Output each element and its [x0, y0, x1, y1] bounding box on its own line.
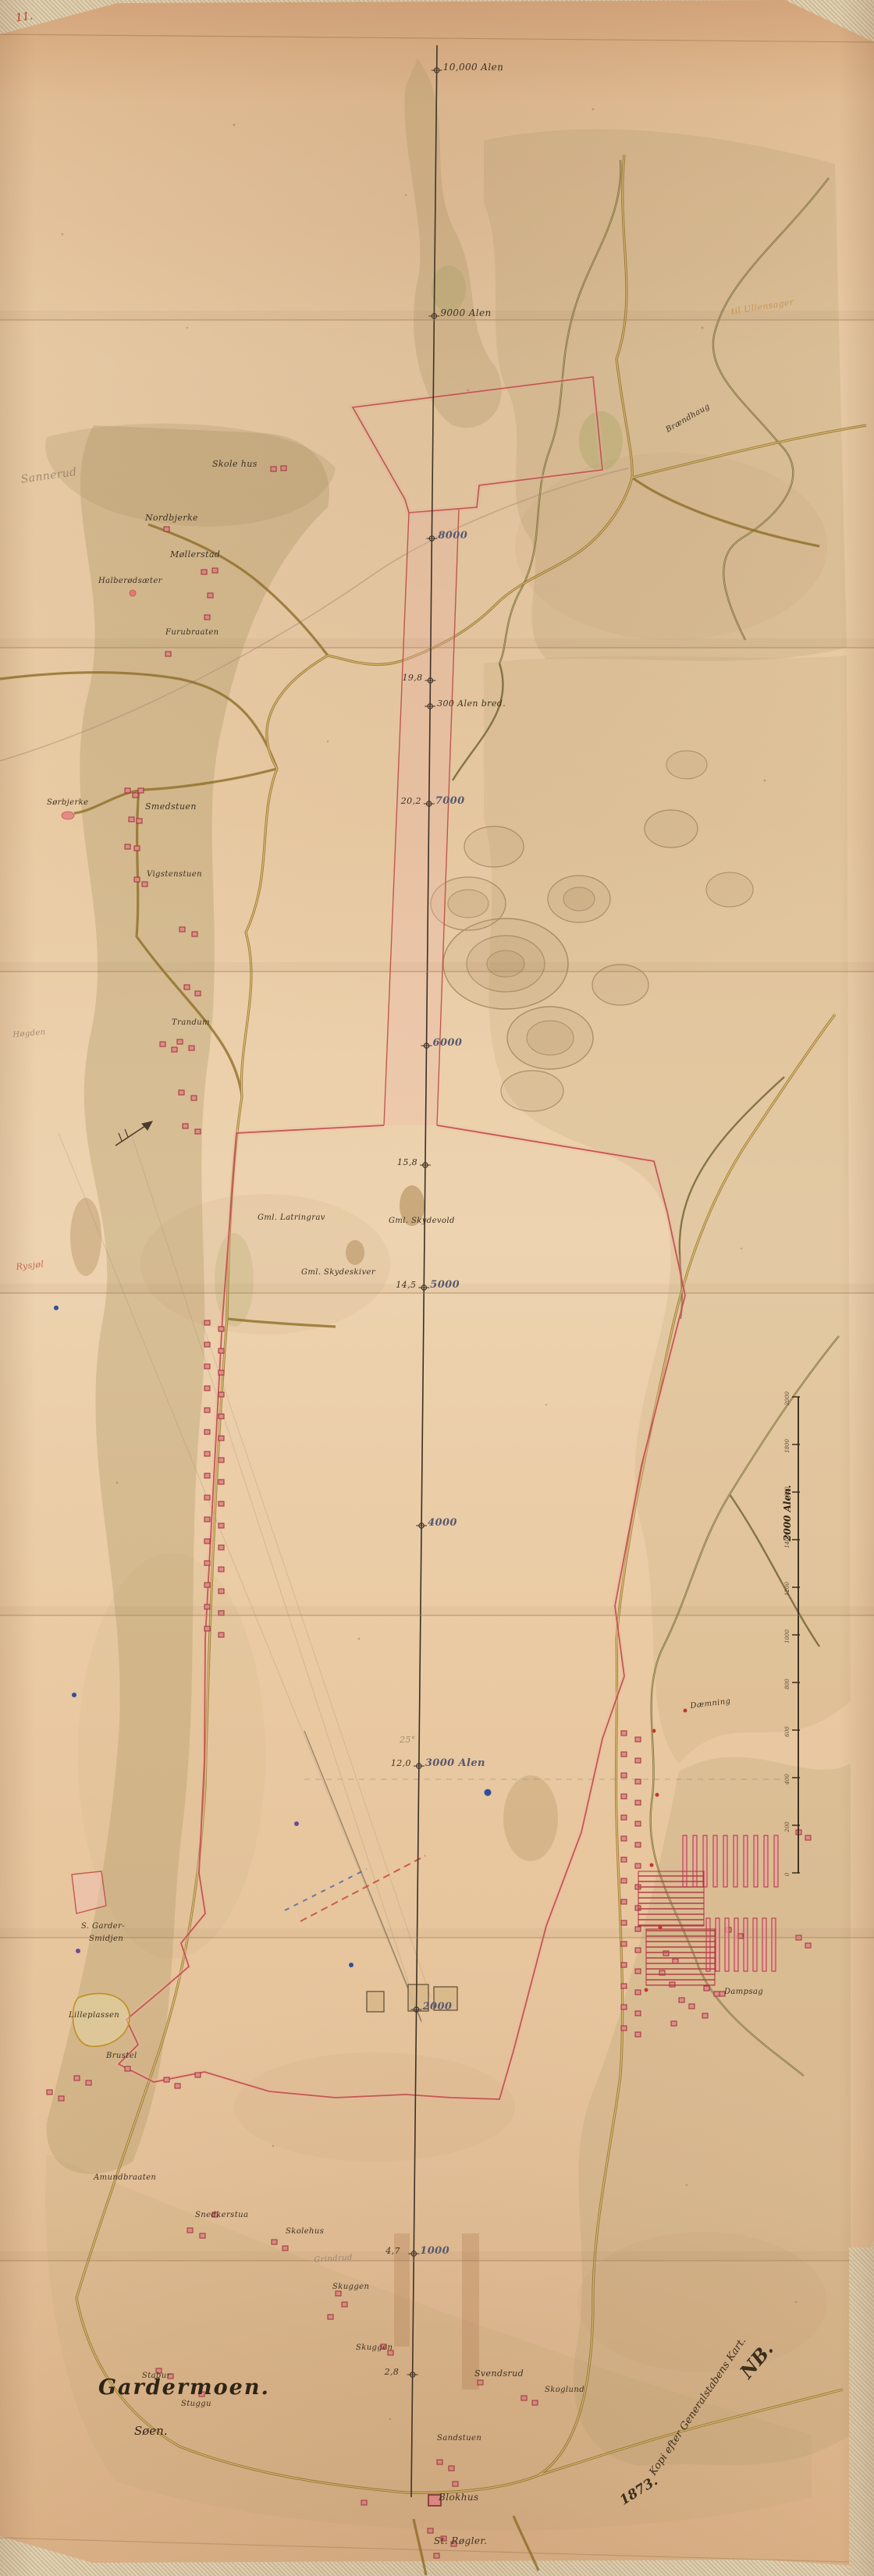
scale-tick-label: 1800 [784, 1439, 791, 1453]
map-title: Gardermoen. [98, 2375, 270, 2400]
meridian-elevation: 19,8 [402, 673, 422, 682]
place-label: Halberødsæter [98, 577, 162, 585]
place-label: Amundbraaten [94, 2174, 156, 2182]
map-subtitle: Søen. [134, 2424, 168, 2438]
place-label: Stuggu [181, 2400, 211, 2408]
meridian-distance: 9000 Alen [440, 308, 491, 318]
meridian-distance: 10,000 Alen [443, 62, 504, 72]
place-label: Gml. Skydeskiver [301, 1269, 375, 1277]
meridian-distance: 1000 [420, 2246, 449, 2256]
place-label: Sørbjerke [47, 799, 88, 807]
place-label: Sandstuen [437, 2435, 481, 2443]
scale-tick-label: 1000 [784, 1629, 791, 1643]
place-label: Gml. Skydevold [389, 1217, 455, 1225]
place-label: Skuggen [356, 2344, 393, 2352]
scale-tick-label: 600 [784, 1726, 791, 1737]
scale-tick-label: 0 [784, 1872, 791, 1876]
meridian-distance: 4000 [428, 1518, 457, 1528]
place-label: Skolehus [286, 2228, 324, 2236]
meridian-distance: 3000 Alen [425, 1758, 485, 1768]
meridian-elevation: 14,5 [396, 1281, 416, 1289]
page-number-mark: 11. [15, 10, 34, 25]
place-label: Smidjen [89, 1935, 123, 1943]
place-label: St. Røgler. [434, 2536, 487, 2546]
place-label: S. Garder- [81, 1923, 125, 1931]
scale-tick-label: 2000 [784, 1391, 791, 1406]
scale-tick-label: 400 [784, 1774, 791, 1785]
place-label: Skuggen [332, 2283, 369, 2291]
scale-bar-title: 2000 Alen. [782, 1485, 793, 1541]
meridian-distance: 2000 [423, 2002, 453, 2012]
place-label: Blokhus [439, 2493, 479, 2502]
meridian-distance: 6000 [433, 1038, 463, 1048]
place-label: Gml. Latringrav [258, 1214, 325, 1222]
scale-tick-label: 800 [784, 1679, 791, 1690]
place-label: Nordbjerke [145, 513, 198, 522]
place-label: Skoglund [545, 2386, 584, 2394]
meridian-elevation: 15,8 [397, 1158, 417, 1167]
place-label: Møllerstad [170, 550, 220, 559]
meridian-distance: 8000 [438, 531, 467, 541]
place-label: Vigstenstuen [147, 871, 202, 879]
place-label: Stabur [142, 2372, 171, 2380]
meridian-distance: 7000 [435, 796, 465, 806]
meridian-distance: 5000 [430, 1280, 460, 1290]
place-label: Svendsrud [474, 2369, 524, 2378]
place-label: Snedkerstua [195, 2212, 248, 2219]
place-label: Furubraaten [165, 629, 218, 637]
meridian-elevation: 2,8 [385, 2368, 400, 2376]
place-label: Smedstuen [145, 802, 197, 811]
place-label: Rysjøl [16, 1260, 44, 1271]
meridian-elevation: 4,7 [385, 2247, 400, 2255]
place-label: Dampsag [724, 1988, 763, 1996]
scale-tick-label: 200 [784, 1821, 791, 1833]
meridian-elevation: 12,0 [391, 1759, 411, 1768]
meridian-note: 300 Alen bred. [437, 699, 506, 708]
terrain-wash-layer [45, 59, 851, 2531]
map-scan: 2000180016001400120010008006004002000 [0, 0, 874, 2576]
linen-backing-patch [849, 2247, 874, 2576]
place-label: Brustel [106, 2052, 137, 2060]
scale-tick-label: 1200 [784, 1582, 791, 1596]
meridian-elevation: 20,2 [401, 797, 421, 805]
place-label: 25° [400, 1736, 416, 1744]
place-label: Skole hus [212, 460, 258, 468]
place-label: Lilleplassen [69, 2012, 119, 2020]
place-label: Trandum [172, 1019, 210, 1027]
